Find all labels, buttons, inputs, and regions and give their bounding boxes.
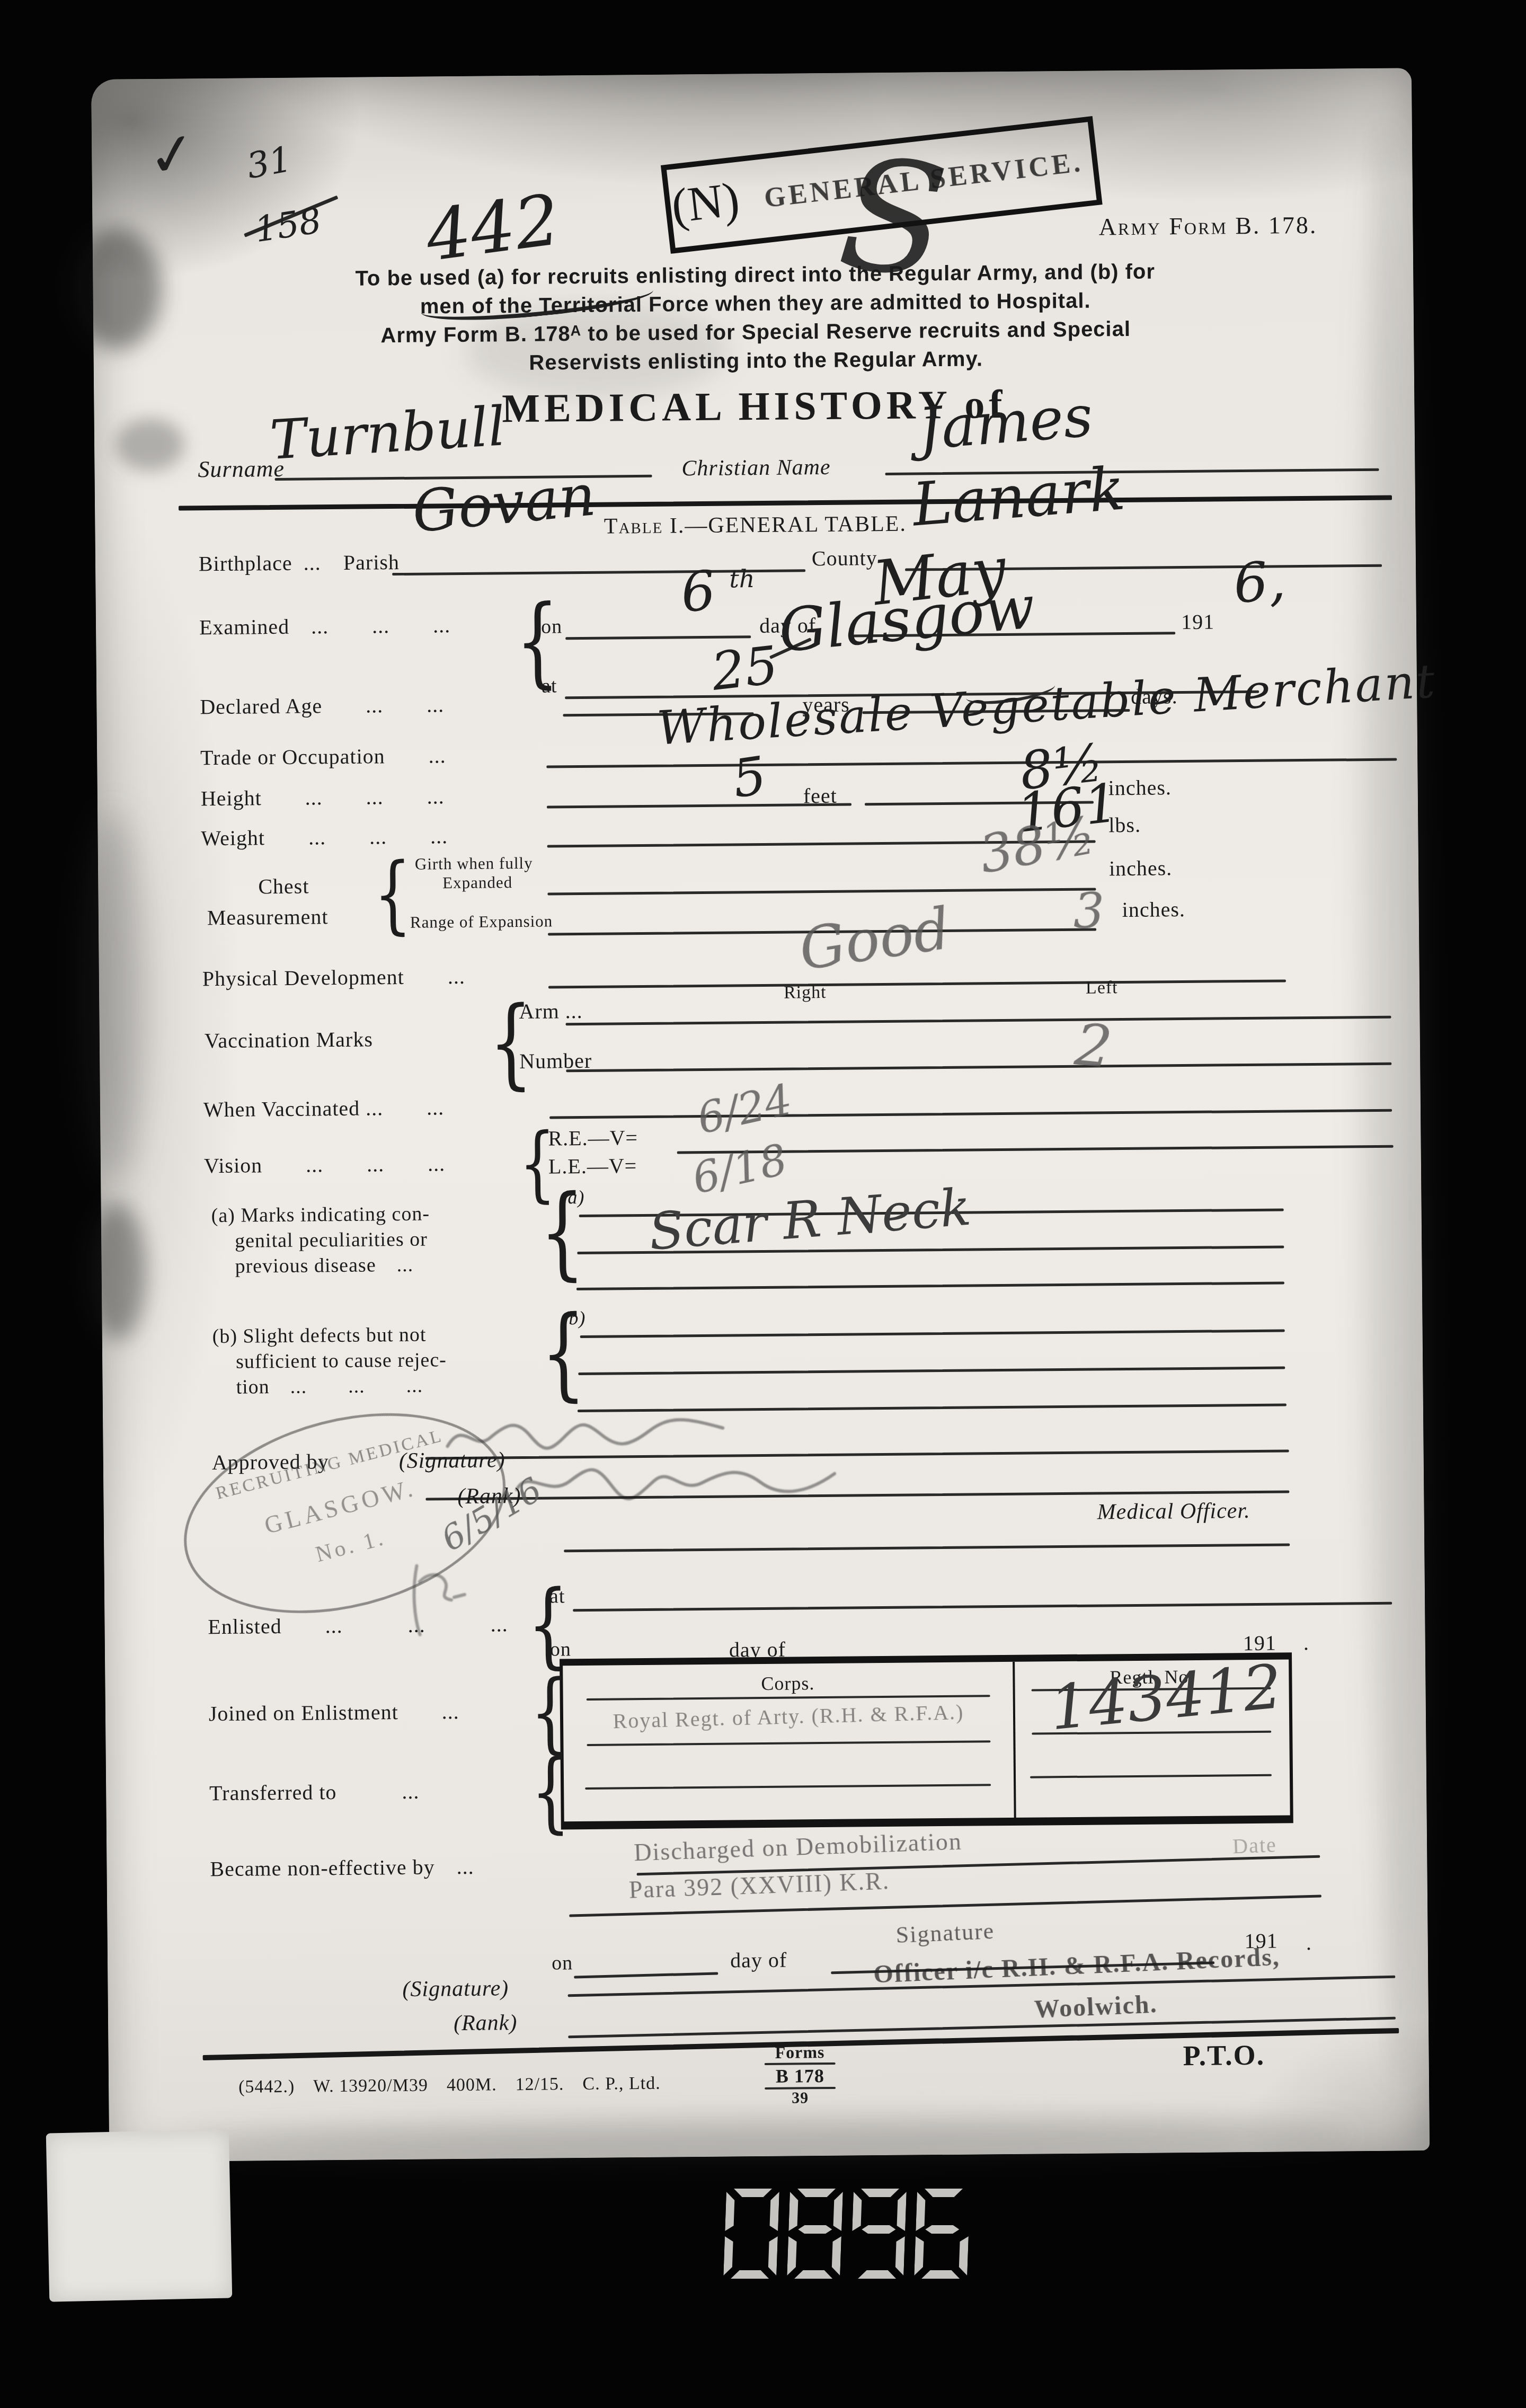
instructions-line-1: To be used (a) for recruits enlisting di…	[167, 258, 1343, 292]
film-tab	[46, 2129, 233, 2301]
ruled-line	[547, 888, 1096, 896]
year-prefix: 191	[1181, 609, 1214, 635]
examined-label: Examined ... ... ...	[199, 613, 451, 640]
stain	[189, 2114, 1355, 2161]
enlisted-label: Enlisted ... ... ...	[208, 1612, 508, 1639]
non-effective-label: Became non-effective by ...	[210, 1854, 474, 1881]
army-form-b178-page: ✓ 31 158 442 S (N) GENERAL SERVICE. Army…	[91, 68, 1430, 2162]
ruled-line	[565, 635, 751, 640]
stain	[88, 1202, 147, 1341]
inches-label: inches.	[1108, 775, 1172, 800]
when-vaccinated-label: When Vaccinated ... ...	[203, 1095, 445, 1122]
forms-code: B 178	[765, 2065, 836, 2087]
vaccination-marks-label: Vaccination Marks	[205, 1026, 373, 1053]
chest-label-2: Measurement	[207, 904, 329, 930]
corps-stamp-value: Royal Regt. of Arty. (R.H. & R.F.A.)	[590, 1699, 988, 1734]
marks-a-tag: (a)	[561, 1186, 584, 1208]
ruled-line	[549, 1109, 1392, 1119]
age-value: 25	[708, 635, 781, 702]
stain	[71, 227, 162, 350]
vaccination-number-value: 2	[1072, 1012, 1115, 1081]
day-value: 6	[678, 559, 718, 625]
lbs-label: lbs.	[1108, 812, 1141, 838]
vision-label: Vision ... ... ...	[204, 1151, 446, 1178]
instructions-line-3: Army Form B. 178ᴬ to be used for Special…	[167, 315, 1344, 349]
forms-denominator: 39	[765, 2089, 836, 2108]
parish-label: Parish	[343, 550, 400, 575]
ruled-line	[546, 758, 1397, 768]
chest-brace	[374, 852, 412, 937]
declared-age-label: Declared Age ... ...	[200, 692, 444, 719]
pto-label: P.T.O.	[1183, 2039, 1265, 2072]
instructions-line-2: men of the Territorial Force when they a…	[167, 287, 1344, 321]
discharged-date-word: Date	[1232, 1832, 1277, 1859]
christian-name-value: James	[916, 383, 1095, 463]
non-effective-signature-label: (Signature)	[402, 1976, 509, 2002]
ruled-line	[580, 1329, 1285, 1338]
ruled-line	[548, 979, 1286, 988]
arm-label: Arm ...	[519, 998, 583, 1024]
ruled-line	[566, 1063, 1391, 1073]
transferred-to-label: Transferred to ...	[209, 1779, 420, 1805]
marks-a-label-2: genital peculiarities or	[235, 1228, 428, 1253]
girth-label-2: Expanded	[442, 873, 512, 892]
marks-a-label-3: previous disease ...	[235, 1253, 413, 1278]
defects-b-label-2: sufficient to cause rejec-	[236, 1348, 447, 1373]
birthplace-label: Birthplace ...	[199, 550, 321, 576]
signature-stamp-word: Signature	[895, 1917, 996, 1949]
marks-a-label-1: (a) Marks indicating con-	[211, 1202, 430, 1228]
checkmark-annotation: ✓	[143, 118, 201, 192]
ruled-line	[576, 1281, 1284, 1290]
non-effective-year-period: .	[1306, 1930, 1312, 1955]
ruled-line	[574, 1972, 718, 1978]
joined-on-enlistment-label: Joined on Enlistment ...	[209, 1699, 459, 1726]
right-eye-label: R.E.—V=	[548, 1125, 638, 1150]
girth-value: 38½	[975, 805, 1101, 886]
non-effective-on-label: on	[552, 1951, 573, 1975]
physical-development-value: Good	[795, 895, 954, 983]
ruled-line	[564, 1543, 1290, 1552]
reference-denominator: 158	[252, 200, 324, 250]
counter-digit	[787, 2189, 843, 2279]
microfilm-frame: ✓ 31 158 442 S (N) GENERAL SERVICE. Army…	[0, 0, 1526, 2408]
non-effective-day-of-label: day of	[730, 1947, 787, 1973]
on-label: on	[541, 615, 562, 638]
year-digit: 6,	[1231, 549, 1288, 616]
defects-b-tag: (b)	[562, 1307, 585, 1329]
reference-numerator: 31	[244, 138, 295, 187]
chest-label-1: Chest	[258, 873, 309, 899]
ruled-line	[585, 1784, 991, 1790]
records-stamp-line-2: Woolwich.	[1034, 1990, 1158, 2024]
feet-value: 5	[729, 745, 770, 810]
enlisted-on-label: on	[550, 1637, 571, 1661]
stamp-text: GENERAL SERVICE.	[762, 146, 1085, 214]
girth-inches-label: inches.	[1109, 855, 1173, 881]
stamp-prefix: (N)	[669, 171, 742, 234]
range-inches-label: inches.	[1122, 897, 1186, 922]
right-column-header: Right	[784, 982, 827, 1003]
non-effective-rank-label: (Rank)	[454, 2010, 518, 2036]
range-label: Range of Expansion	[410, 911, 553, 932]
printer-imprint: (5442.) W. 13920/M39 400M. 12/15. C. P.,…	[238, 2074, 661, 2097]
trade-label: Trade or Occupation ...	[200, 743, 446, 770]
stain	[82, 810, 148, 1182]
defects-b-label-3: tion ... ... ...	[236, 1374, 423, 1399]
place-value: Glasgow	[776, 573, 1038, 666]
counter-digit	[914, 2189, 970, 2279]
at-label: at	[542, 674, 557, 697]
counter-digit	[723, 2189, 779, 2279]
film-counter	[723, 2189, 981, 2281]
counter-digit	[850, 2189, 907, 2279]
physical-development-label: Physical Development ...	[202, 964, 465, 991]
county-label: County	[812, 545, 877, 571]
medical-officer-label: Medical Officer.	[1097, 1498, 1250, 1525]
feet-label: feet	[803, 783, 837, 809]
corps-header: Corps.	[563, 1670, 1013, 1696]
reference-number: 442	[421, 179, 564, 278]
girth-label-1: Girth when fully	[415, 854, 533, 874]
ruled-line	[1030, 1774, 1272, 1778]
table-title: Table I.—GENERAL TABLE.	[95, 507, 1415, 544]
discharged-stamp-line-1: Discharged on Demobilization	[633, 1827, 962, 1867]
enlisted-year-period: .	[1303, 1630, 1309, 1655]
height-label: Height ... ... ...	[201, 784, 445, 811]
instructions-line-4: Reservists enlisting into the Regular Ar…	[168, 344, 1344, 378]
defects-b-label-1: (b) Slight defects but not	[212, 1323, 427, 1349]
range-value: 3	[1073, 882, 1104, 940]
corps-regtl-box: Corps. Regtl. No. Royal Regt. of Arty. (…	[560, 1652, 1293, 1829]
regtl-no-value: 143412	[1047, 1651, 1285, 1744]
form-reference: Army Form B. 178.	[993, 211, 1317, 242]
christian-name-label: Christian Name	[681, 455, 831, 481]
left-column-header: Left	[1086, 978, 1118, 998]
forms-word: Forms	[764, 2042, 835, 2062]
ruled-line	[566, 1016, 1391, 1026]
right-eye-value: 6/24	[693, 1075, 796, 1144]
transferred-brace	[531, 1748, 571, 1836]
day-suffix: th	[729, 564, 755, 593]
records-stamp-line-1: Officer i/c R.H. & R.F.A. Records,	[873, 1942, 1281, 1989]
enlisted-at-label: at	[549, 1584, 565, 1608]
ruled-line	[573, 1602, 1392, 1612]
ruled-line	[587, 1740, 990, 1746]
ruled-line	[578, 1366, 1285, 1375]
